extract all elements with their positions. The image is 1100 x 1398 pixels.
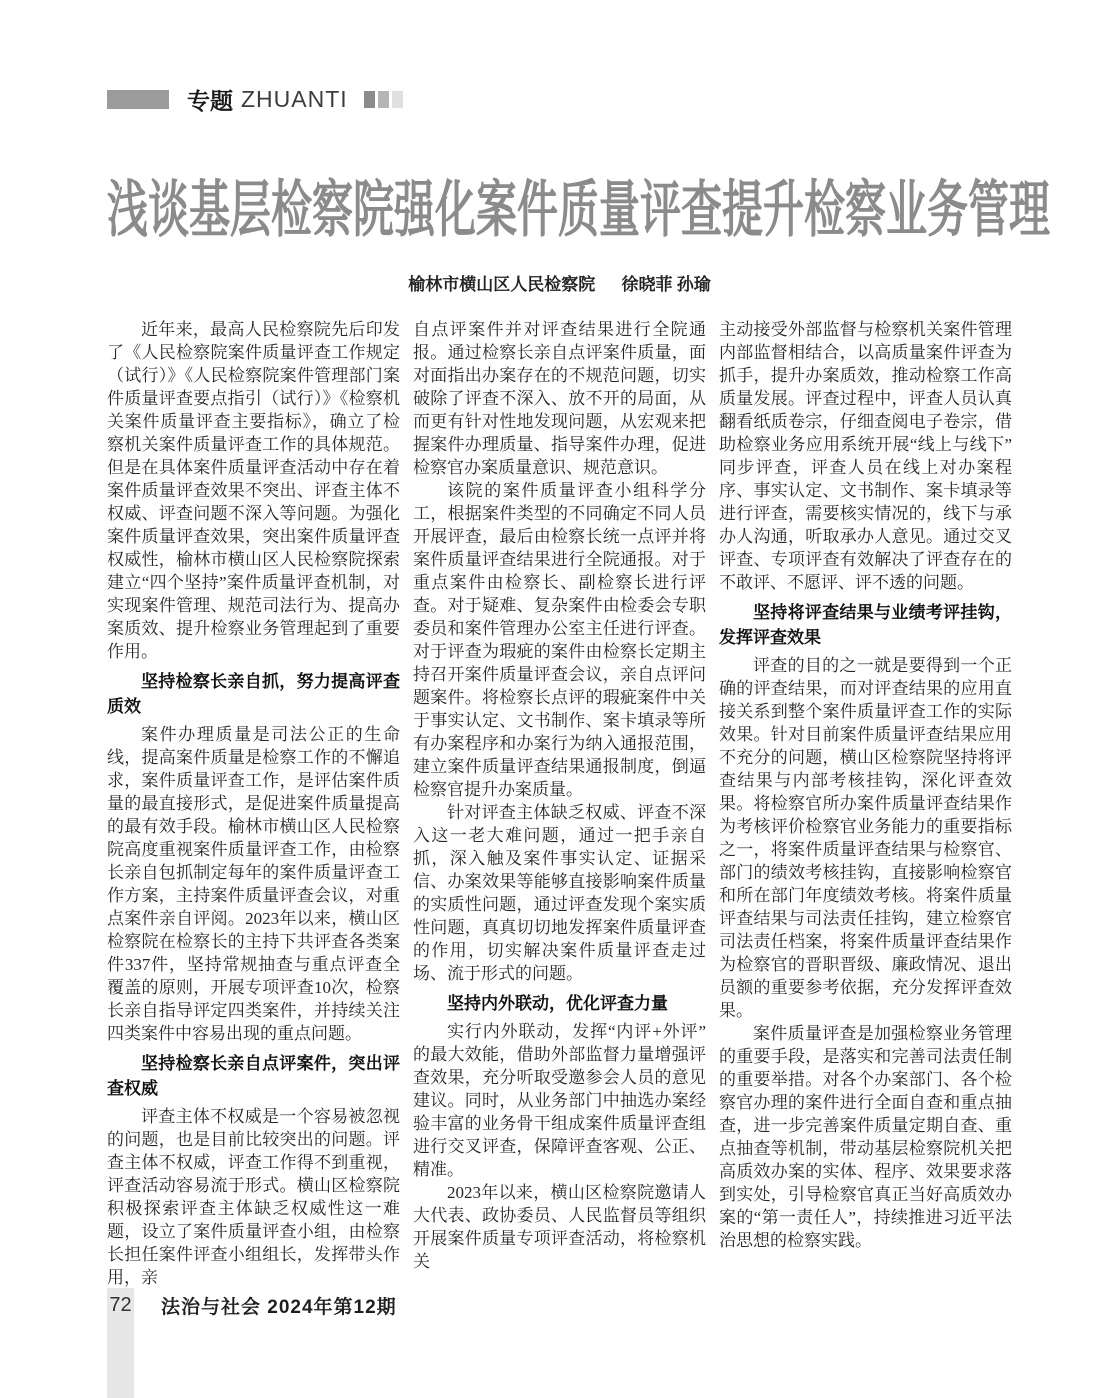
paragraph: 近年来，最高人民检察院先后印发了《人民检察院案件质量评查工作规定（试行）》《人民… xyxy=(107,318,400,663)
author-names: 徐晓菲 孙瑜 xyxy=(622,275,711,294)
paragraph: 评查主体不权威是一个容易被忽视的问题，也是目前比较突出的问题。评查主体不权威，评… xyxy=(107,1105,400,1289)
paragraph: 该院的案件质量评查小组科学分工，根据案件类型的不同确定不同人员开展评查，最后由检… xyxy=(413,479,706,801)
paragraph: 自点评案件并对评查结果进行全院通报。通过检察长亲自点评案件质量，面对面指出办案存… xyxy=(413,318,706,479)
paragraph: 主动接受外部监督与检察机关案件管理内部监督相结合，以高质量案件评查为抓手，提升办… xyxy=(719,318,1012,594)
text-column-3: 主动接受外部监督与检察机关案件管理内部监督相结合，以高质量案件评查为抓手，提升办… xyxy=(719,318,1012,1289)
text-column-1: 近年来，最高人民检察院先后印发了《人民检察院案件质量评查工作规定（试行）》《人民… xyxy=(107,318,400,1289)
paragraph: 针对评查主体缺乏权威、评查不深入这一老大难问题，通过一把手亲自抓，深入触及案件事… xyxy=(413,801,706,985)
square-icon xyxy=(378,91,389,108)
column-label-cn: 专题 xyxy=(187,83,233,116)
text-column-2: 自点评案件并对评查结果进行全院通报。通过检察长亲自点评案件质量，面对面指出办案存… xyxy=(413,318,706,1289)
byline: 榆林市横山区人民检察院 徐晓菲 孙瑜 xyxy=(107,270,1012,295)
column-label-en: ZHUANTI xyxy=(241,86,348,113)
paragraph: 2023年以来，横山区检察院邀请人大代表、政协委员、人民监督员等组织开展案件质量… xyxy=(413,1181,706,1273)
square-icon xyxy=(364,91,375,108)
section-heading: 坚持内外联动，优化评查力量 xyxy=(413,991,706,1016)
journal-page: 专题 ZHUANTI 浅谈基层检察院强化案件质量评查提升检察业务管理 榆林市横山… xyxy=(0,0,1100,1398)
page-header: 专题 ZHUANTI xyxy=(107,88,406,110)
section-heading: 坚持检察长亲自点评案件，突出评查权威 xyxy=(107,1051,400,1101)
page-footer: 72 法治与社会 2024年第12期 xyxy=(107,1292,397,1319)
section-heading: 坚持检察长亲自抓，努力提高评查质效 xyxy=(107,669,400,719)
article-title: 浅谈基层检察院强化案件质量评查提升检察业务管理 xyxy=(107,160,1050,249)
square-icon xyxy=(392,91,403,108)
header-bar-decoration xyxy=(107,90,169,109)
journal-issue-label: 法治与社会 2024年第12期 xyxy=(161,1292,397,1319)
paragraph: 实行内外联动，发挥“内评+外评”的最大效能，借助外部监督力量增强评查效果，充分听… xyxy=(413,1020,706,1181)
paragraph: 案件质量评查是加强检察业务管理的重要手段，是落实和完善司法责任制的重要举措。对各… xyxy=(719,1022,1012,1252)
header-squares-decoration xyxy=(364,91,406,108)
author-affiliation: 榆林市横山区人民检察院 xyxy=(408,275,595,294)
paragraph: 案件办理质量是司法公正的生命线，提高案件质量是检察工作的不懈追求，案件质量评查工… xyxy=(107,723,400,1045)
section-heading: 坚持将评查结果与业绩考评挂钩，发挥评查效果 xyxy=(719,600,1012,650)
paragraph: 评查的目的之一就是要得到一个正确的评查结果，而对评查结果的应用直接关系到整个案件… xyxy=(719,654,1012,1022)
article-body: 近年来，最高人民检察院先后印发了《人民检察院案件质量评查工作规定（试行）》《人民… xyxy=(107,318,1012,1289)
page-number: 72 xyxy=(107,1294,134,1317)
